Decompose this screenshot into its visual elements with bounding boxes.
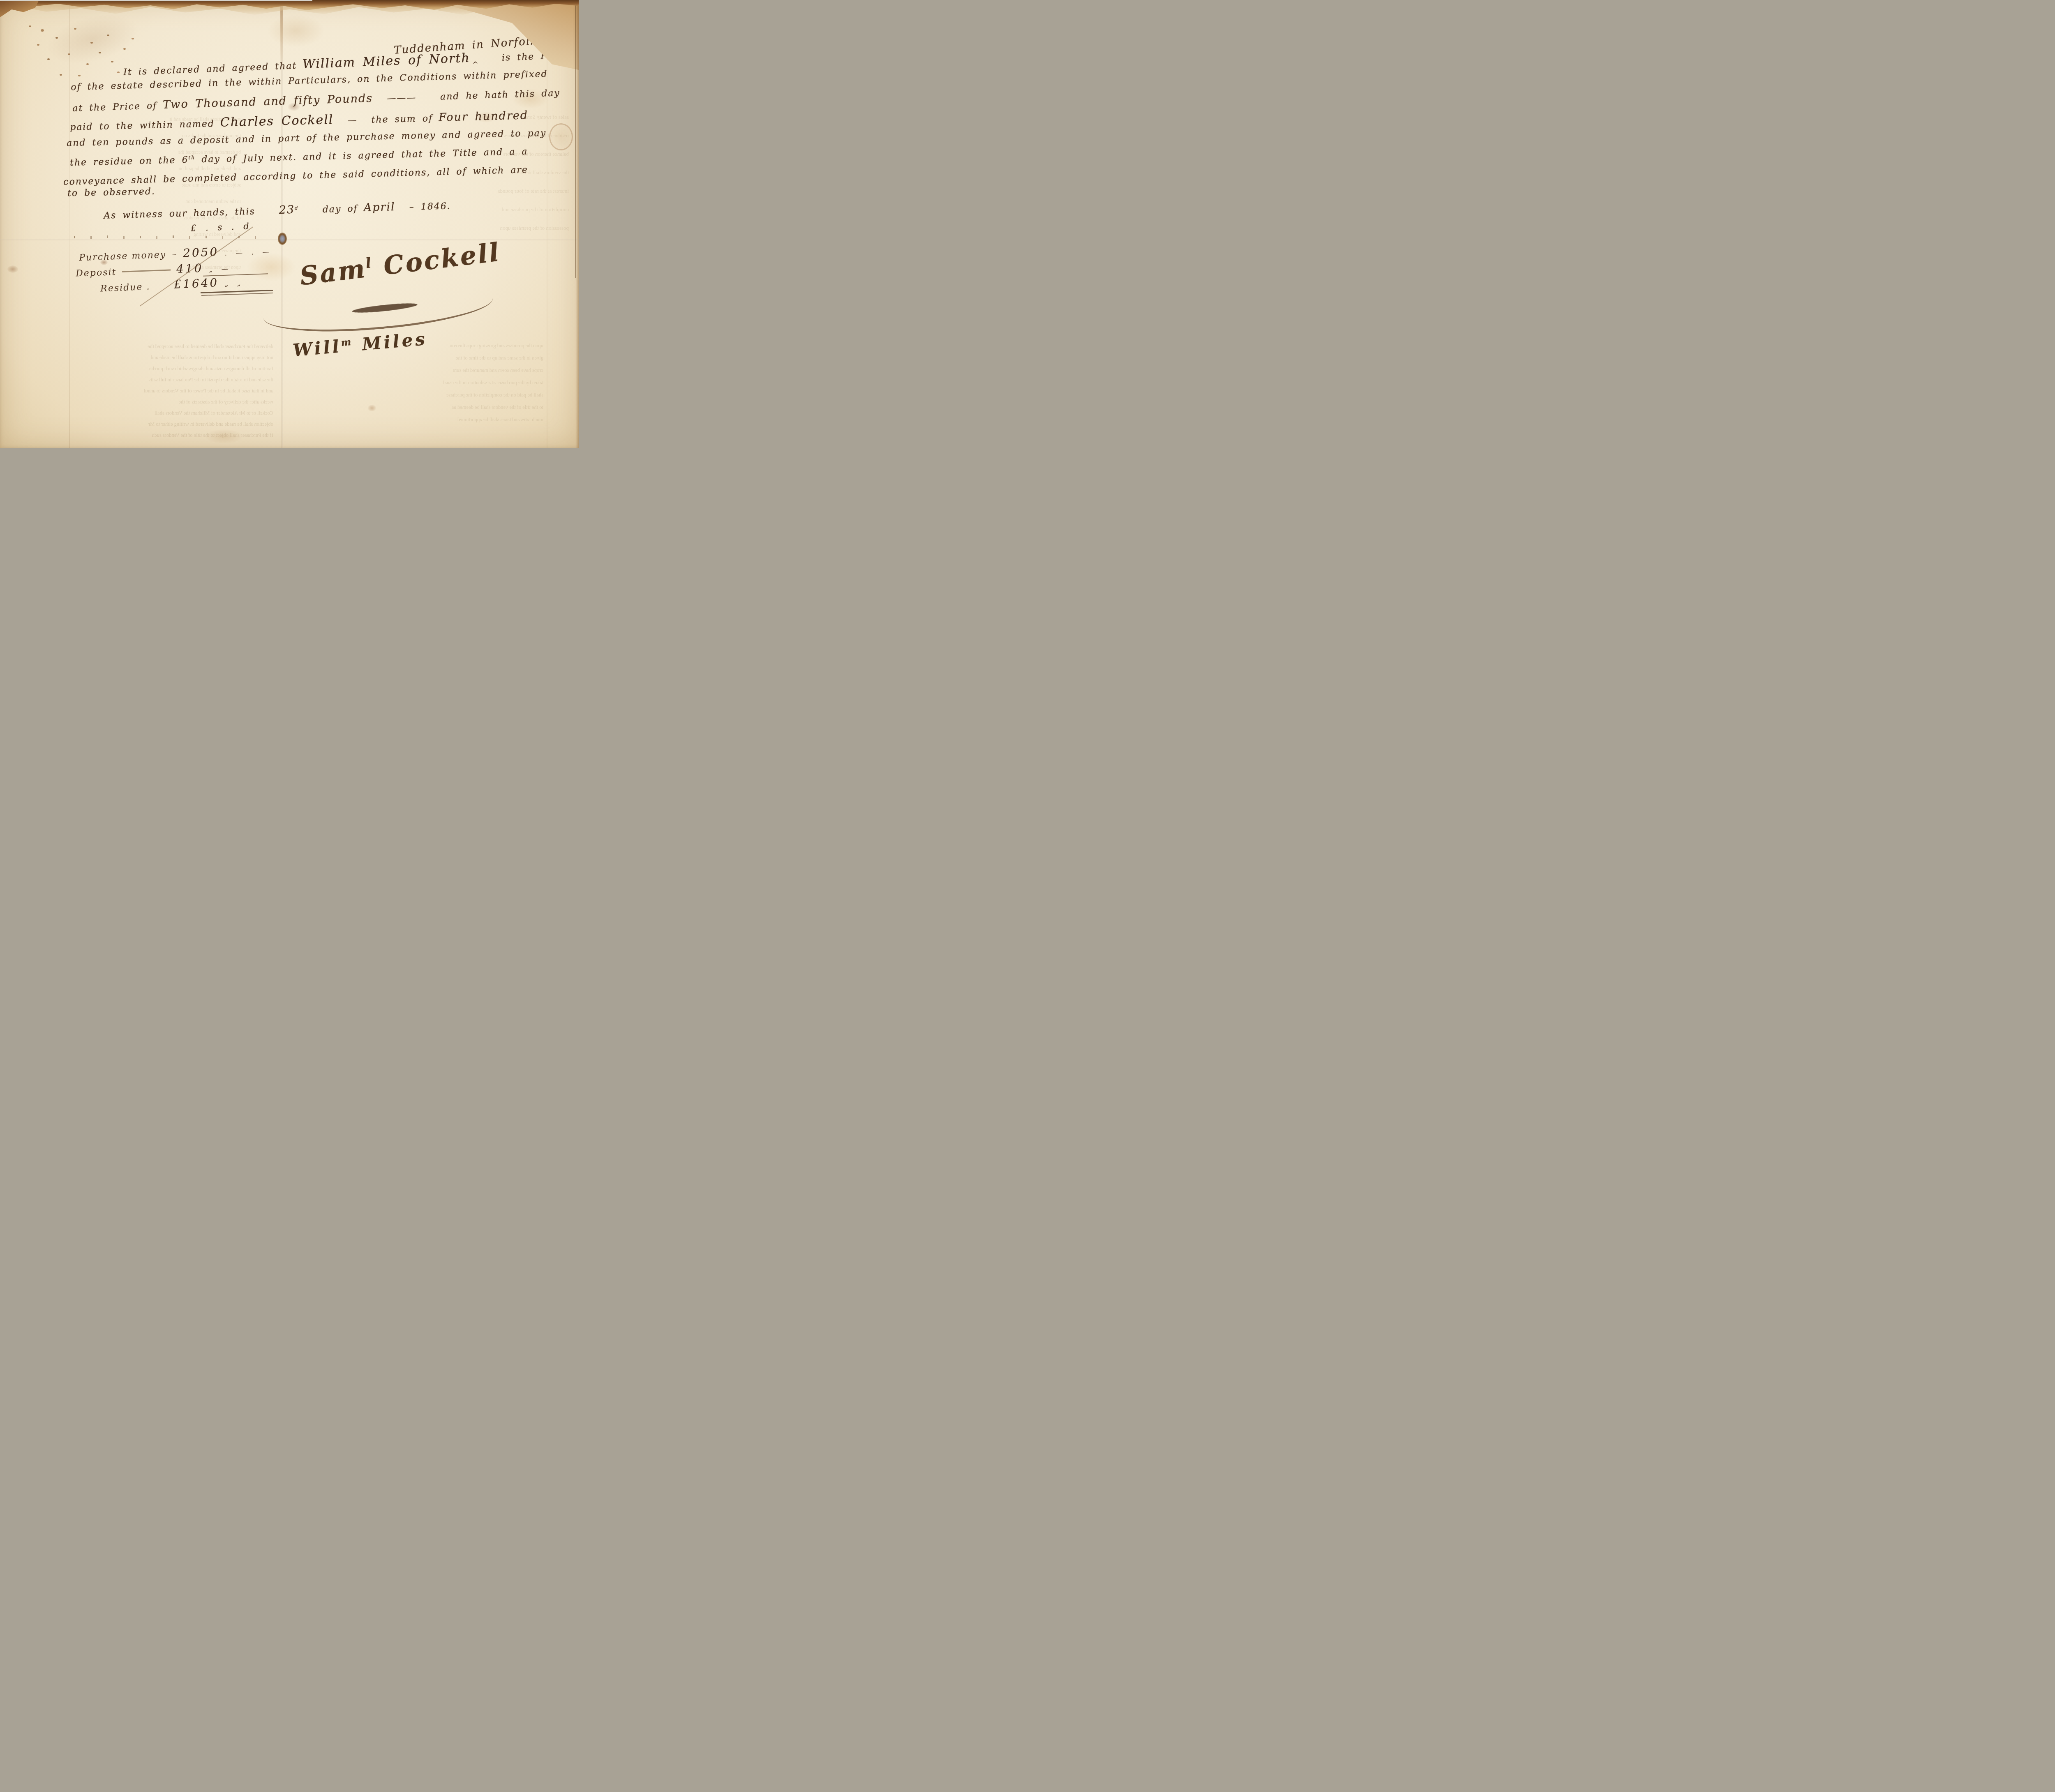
purchaser-name: William Miles of North bbox=[302, 51, 470, 72]
superscript: m bbox=[341, 336, 354, 348]
vendor-name: Charles Cockell bbox=[220, 113, 334, 130]
day-number: 23 bbox=[279, 203, 295, 217]
row-pence: . — . — bbox=[224, 248, 273, 258]
deposit-words: Four hundred bbox=[439, 109, 529, 124]
dash: — bbox=[347, 115, 358, 126]
witness-text: day of bbox=[322, 204, 358, 215]
row-amount: £1640 bbox=[173, 276, 219, 291]
year: – 1846. bbox=[409, 201, 451, 212]
row-pence: „ — bbox=[209, 265, 232, 274]
stain bbox=[368, 405, 376, 411]
hand-drawn-rule bbox=[122, 270, 171, 272]
double-underline-bottom bbox=[201, 293, 273, 296]
ordinal-suffix: d bbox=[295, 205, 299, 211]
line4-text: the sum of bbox=[371, 113, 433, 125]
ordinal-suffix: th bbox=[188, 155, 195, 160]
insertion-caret: ^ bbox=[472, 60, 479, 69]
row-amount: 2050 bbox=[183, 245, 219, 260]
row-pence: „ „ bbox=[224, 279, 244, 288]
dash: ——— bbox=[387, 92, 417, 104]
line1-text: It is declared and agreed that bbox=[123, 61, 297, 78]
month: April bbox=[363, 201, 395, 214]
stain bbox=[267, 14, 325, 47]
currency-column-header: £ . s . d bbox=[191, 221, 251, 233]
stain bbox=[41, 6, 144, 72]
ring-stain bbox=[549, 123, 573, 150]
signature-charles-cockell: Saml Cockell bbox=[298, 237, 502, 291]
document-scan: such objections shall be made and it the… bbox=[0, 0, 579, 448]
fold-wear-hole bbox=[278, 233, 287, 245]
stain bbox=[205, 429, 242, 443]
signature-text: Sam bbox=[298, 253, 368, 291]
line3-text: at the Price of bbox=[72, 101, 157, 113]
right-crease bbox=[547, 0, 547, 448]
dash: – bbox=[172, 249, 178, 260]
paper-edge-right-shade bbox=[576, 0, 579, 448]
signature-text: Cockell bbox=[372, 237, 502, 282]
signature-text: Will bbox=[292, 336, 342, 360]
bleedthrough-text-lower-left: delivered the Purchaser shall be deemed … bbox=[66, 341, 273, 441]
stitch-holes bbox=[74, 236, 75, 238]
stain bbox=[7, 265, 18, 273]
scanner-edge-sliver bbox=[0, 0, 312, 1]
manuscript-line-8: to be observed. bbox=[67, 187, 155, 198]
row-label: Deposit bbox=[76, 267, 117, 279]
left-crease bbox=[69, 0, 70, 448]
row-label: Residue . bbox=[100, 281, 150, 294]
wormhole-cluster bbox=[29, 25, 31, 27]
